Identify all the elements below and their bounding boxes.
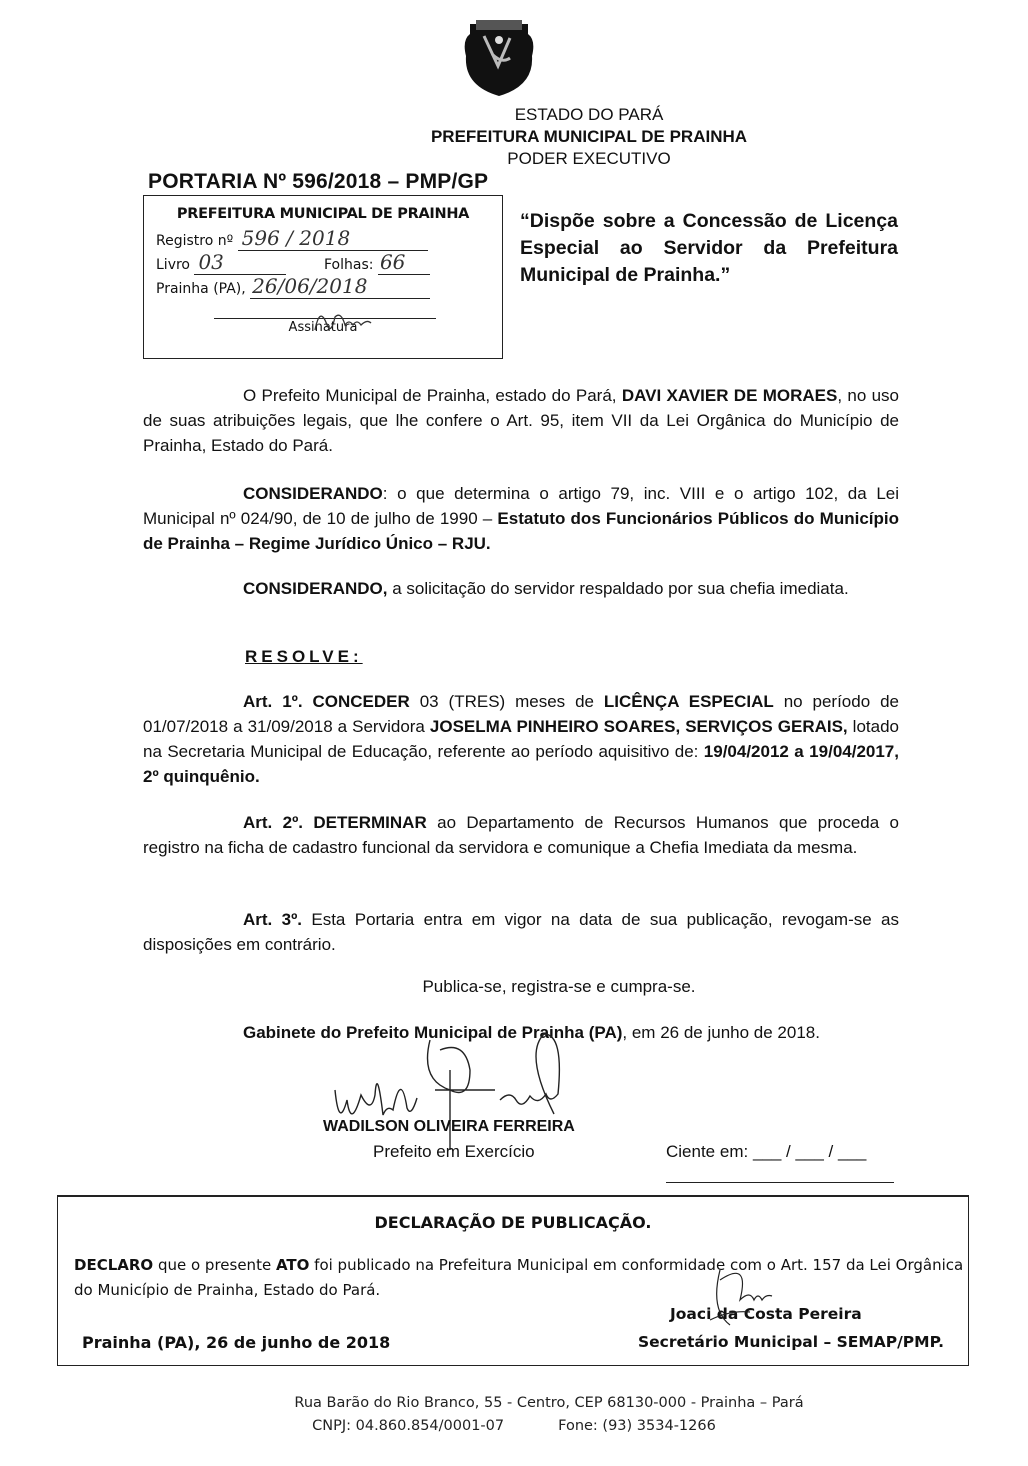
folhas-label: Folhas: — [324, 257, 373, 273]
declaration-title: DECLARAÇÃO DE PUBLICAÇÃO. — [58, 1213, 968, 1232]
stamp-signature-scribble — [300, 300, 420, 340]
ciente-signature-line — [666, 1182, 894, 1183]
header-branch: PODER EXECUTIVO — [75, 148, 1028, 169]
secretary-signature-scribble — [700, 1250, 820, 1340]
portaria-summary: “Dispõe sobre a Concessão de Licença Esp… — [520, 208, 898, 289]
closing-formula: Publica-se, registra-se e cumpra-se. — [45, 977, 1028, 997]
declaration-date: Prainha (PA), 26 de junho de 2018 — [82, 1333, 390, 1352]
livro-label: Livro — [156, 257, 190, 273]
article-2: Art. 2º. DETERMINAR ao Departamento de R… — [143, 810, 899, 860]
mayor-name: DAVI XAVIER DE MORAES — [622, 386, 838, 405]
ciente-date-blank: ___ / ___ / ___ — [753, 1142, 866, 1161]
resolve-heading: RESOLVE: — [245, 647, 363, 667]
considerando-2-paragraph: CONSIDERANDO, a solicitação do servidor … — [143, 576, 899, 601]
header-prefecture: PREFEITURA MUNICIPAL DE PRAINHA — [75, 126, 1028, 147]
footer-cnpj: CNPJ: 04.860.854/0001-07 — [312, 1418, 504, 1434]
registro-label: Registro nº — [156, 233, 233, 249]
portaria-title: PORTARIA Nº 596/2018 – PMP/GP — [148, 170, 488, 194]
signatory-name: WADILSON OLIVEIRA FERREIRA — [323, 1118, 575, 1136]
preamble-paragraph: O Prefeito Municipal de Prainha, estado … — [143, 383, 899, 458]
signatory-role: Prefeito em Exercício — [373, 1142, 535, 1162]
folhas-value: 66 — [378, 250, 430, 275]
article-3: Art. 3º. Esta Portaria entra em vigor na… — [143, 907, 899, 957]
place-label: Prainha (PA), — [156, 281, 246, 297]
stamp-title: PREFEITURA MUNICIPAL DE PRAINHA — [144, 206, 502, 222]
footer-contact: CNPJ: 04.860.854/0001-07Fone: (93) 3534-… — [0, 1418, 1028, 1434]
footer-phone: Fone: (93) 3534-1266 — [558, 1418, 716, 1434]
article-1: Art. 1º. CONCEDER 03 (TRES) meses de LIC… — [143, 689, 899, 789]
declaration-text: DECLARO que o presente ATO foi publicado… — [74, 1253, 974, 1303]
livro-value: 03 — [194, 250, 286, 275]
ciente-field: Ciente em: ___ / ___ / ___ — [666, 1142, 866, 1162]
header-state: ESTADO DO PARÁ — [75, 104, 1028, 125]
considerando-1-paragraph: CONSIDERANDO: o que determina o artigo 7… — [143, 481, 899, 556]
ciente-label: Ciente em: — [666, 1142, 748, 1161]
publication-declaration-box: DECLARAÇÃO DE PUBLICAÇÃO. DECLARO que o … — [57, 1195, 969, 1366]
registro-value: 596 / 2018 — [238, 226, 428, 251]
footer-address: Rua Barão do Rio Branco, 55 - Centro, CE… — [35, 1395, 1028, 1411]
stamp-date-value: 26/06/2018 — [250, 274, 430, 299]
coat-of-arms-icon — [462, 14, 536, 98]
